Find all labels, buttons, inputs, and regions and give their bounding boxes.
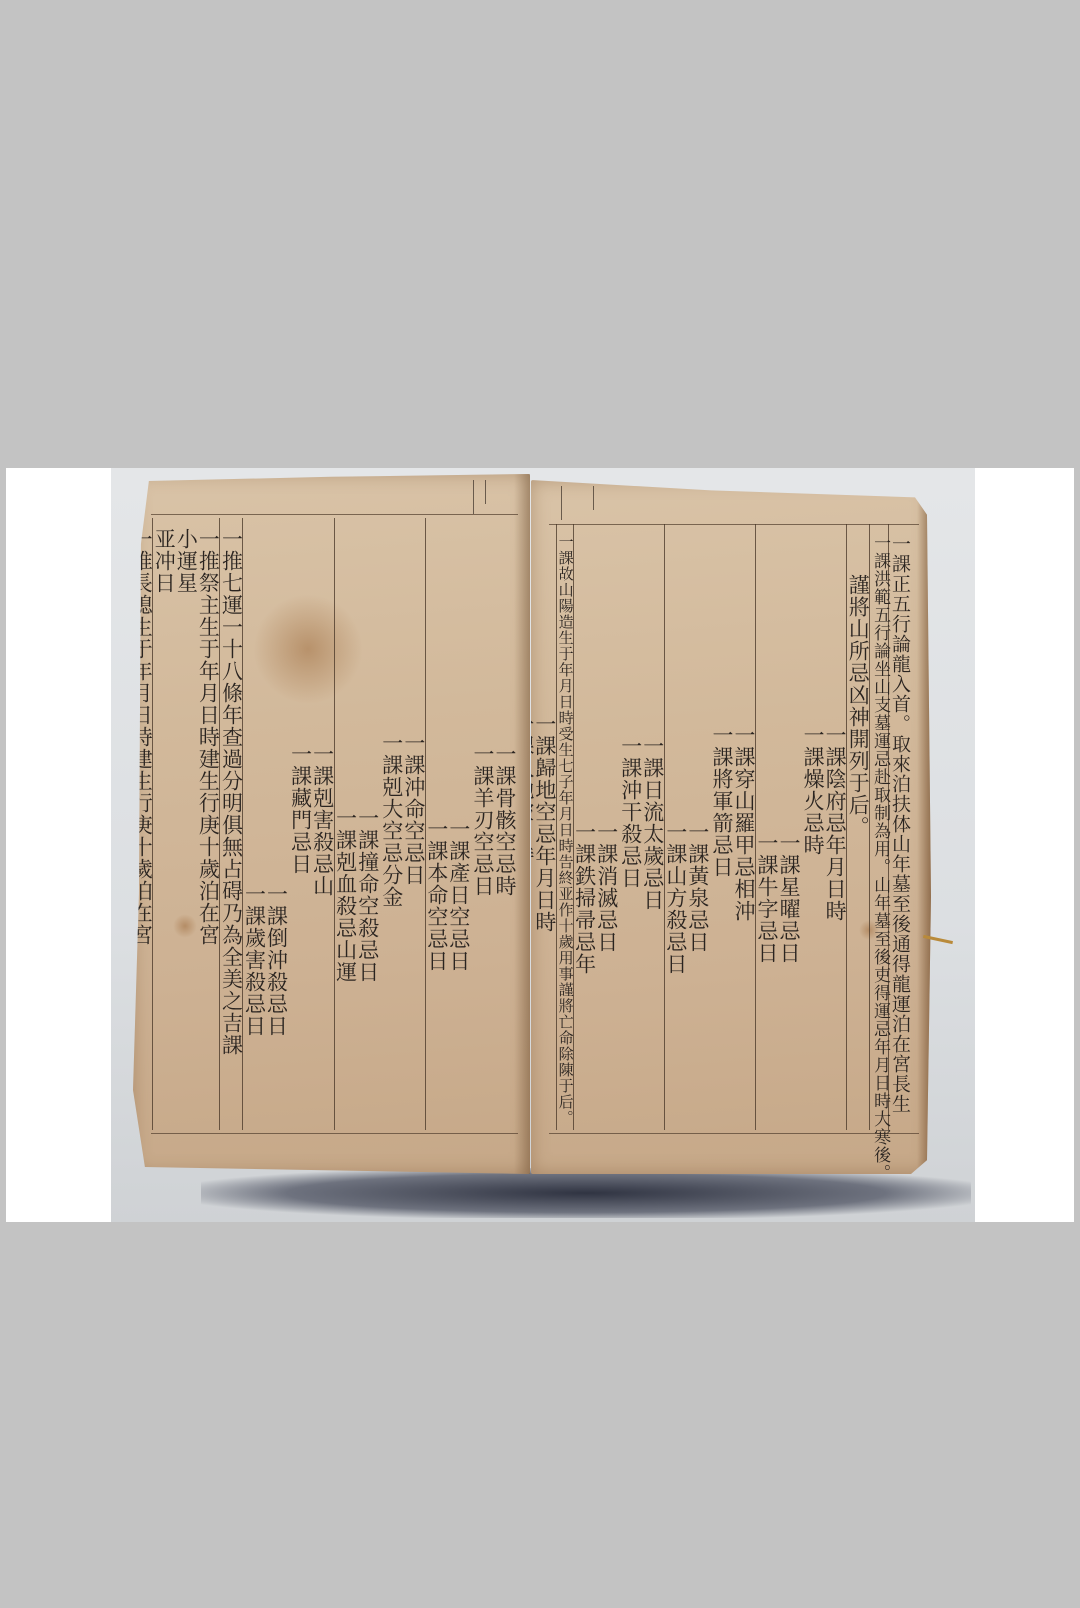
right-page: 一課正五行論龍入首。取來泊扶体山年墓至後通得龍運泊在宮長生 一課洪範五行論坐山支… [531, 480, 931, 1174]
column-text: 一課洪範五行論坐山支墓運忌赴取制為用。山年墓至後吏得運忌年月日時大寒後。 [870, 534, 888, 1182]
book-shadow [201, 1168, 971, 1218]
column: 一課沖命空忌日一課剋大空忌分金 一課撞命空殺忌日一課剋血殺忌山運 [334, 518, 425, 1130]
column-text: 一課倒沖殺忌日一課歲害殺忌日 [243, 883, 287, 1055]
column-text: 一課正五行論龍入首。取來泊扶体山年墓至後通得龍運泊在宮長生 [889, 534, 909, 1114]
bottom-rule [151, 1133, 518, 1134]
column: 一課剋害殺忌山一課藏門忌日 一課倒沖殺忌日一課歲害殺忌日 [242, 518, 333, 1130]
gutter-mark [473, 480, 474, 514]
right-page-columns: 一課正五行論龍入首。取來泊扶体山年墓至後通得龍運泊在宮長生 一課洪範五行論坐山支… [539, 524, 909, 1130]
column-text: 一課故山陽造生于年月日時受生七子年月日時告終亚作十歲用事謹將亡命除陳于后。 [557, 534, 573, 1126]
bottom-rule [549, 1133, 919, 1134]
column-text: 謹將山所忌凶神開列于后。 [847, 574, 869, 838]
column-text: 一推長媳生于年月日時建生行庚十歲泊在宮小運星亚冲日 [111, 528, 152, 964]
column-text: 一課剋害殺忌山一課藏門忌日 [290, 743, 334, 915]
column-text: 一課產日空忌日一課本命空忌日 [426, 818, 470, 990]
column-text: 一課消滅忌日一課鉄掃帚忌年 [574, 821, 618, 993]
column-text: 一推祭主生于年月日時建生行庚十歲泊在宮小運星亚冲日 [153, 528, 219, 964]
column-text: 一課日流太歲忌日一課沖干殺忌日 [620, 735, 664, 929]
column: 一課陰府忌年月日時一課燥火忌時 一課星曜忌日一課牛字忌日 [755, 524, 846, 1130]
gutter-mark [561, 486, 562, 520]
column: 一課洪範五行論坐山支墓運忌赴取制為用。山年墓至後吏得運忌年月日時大寒後。 [869, 524, 888, 1130]
column: 一推七運一十八條年查過分明俱無占碍乃為全美之吉課 [219, 518, 242, 1130]
column-text: 一課黃泉忌日一課山方殺忌日 [665, 821, 709, 993]
column: 一課正五行論龍入首。取來泊扶体山年墓至後通得龍運泊在宮長生 [888, 524, 909, 1130]
column: 一推長媳生于年月日時建生行庚十歲泊在宮小運星亚冲日 [111, 518, 152, 1130]
left-page: 一課骨骸空忌時一課羊刃空忌日 一課產日空忌日一課本命空忌日 一課沖命空忌日一課剋… [133, 474, 530, 1174]
column: 一課穿山羅甲忌相沖一課將軍箭忌日 一課黃泉忌日一課山方殺忌日 [664, 524, 755, 1130]
column-text: 一課穿山羅甲忌相沖一課將軍箭忌日 [711, 724, 755, 940]
column: 一推祭主生于年月日時建生行庚十歲泊在宮小運星亚冲日 [152, 518, 219, 1130]
column: 一課故山陽造生于年月日時受生七子年月日時告終亚作十歲用事謹將亡命除陳于后。 [556, 524, 573, 1130]
column-text: 一課陰府忌年月日時一課燥火忌時 [802, 724, 846, 940]
top-rule [151, 514, 518, 515]
gutter-mark [593, 486, 594, 510]
column-text: 一推七運一十八條年查過分明俱無占碍乃為全美之吉課 [220, 528, 242, 1056]
left-page-columns: 一課骨骸空忌時一課羊刃空忌日 一課產日空忌日一課本命空忌日 一課沖命空忌日一課剋… [153, 518, 516, 1130]
column-text: 一課骨骸空忌時一課羊刃空忌日 [472, 743, 516, 915]
image-frame: 一課骨骸空忌時一課羊刃空忌日 一課產日空忌日一課本命空忌日 一課沖命空忌日一課剋… [6, 468, 1074, 1222]
column: 一課日流太歲忌日一課沖干殺忌日 一課消滅忌日一課鉄掃帚忌年 [573, 524, 664, 1130]
column-text: 一課沖命空忌日一課剋大空忌分金 [381, 732, 425, 926]
manuscript-photo: 一課骨骸空忌時一課羊刃空忌日 一課產日空忌日一課本命空忌日 一課沖命空忌日一課剋… [111, 468, 975, 1222]
column: 謹將山所忌凶神開列于后。 [846, 524, 869, 1130]
column-text: 一課星曜忌日一課牛字忌日 [756, 832, 800, 982]
gutter-mark [485, 480, 486, 504]
column: 一課骨骸空忌時一課羊刃空忌日 一課產日空忌日一課本命空忌日 [425, 518, 516, 1130]
column-text: 一課撞命空殺忌日一課剋血殺忌山運 [335, 807, 379, 1001]
